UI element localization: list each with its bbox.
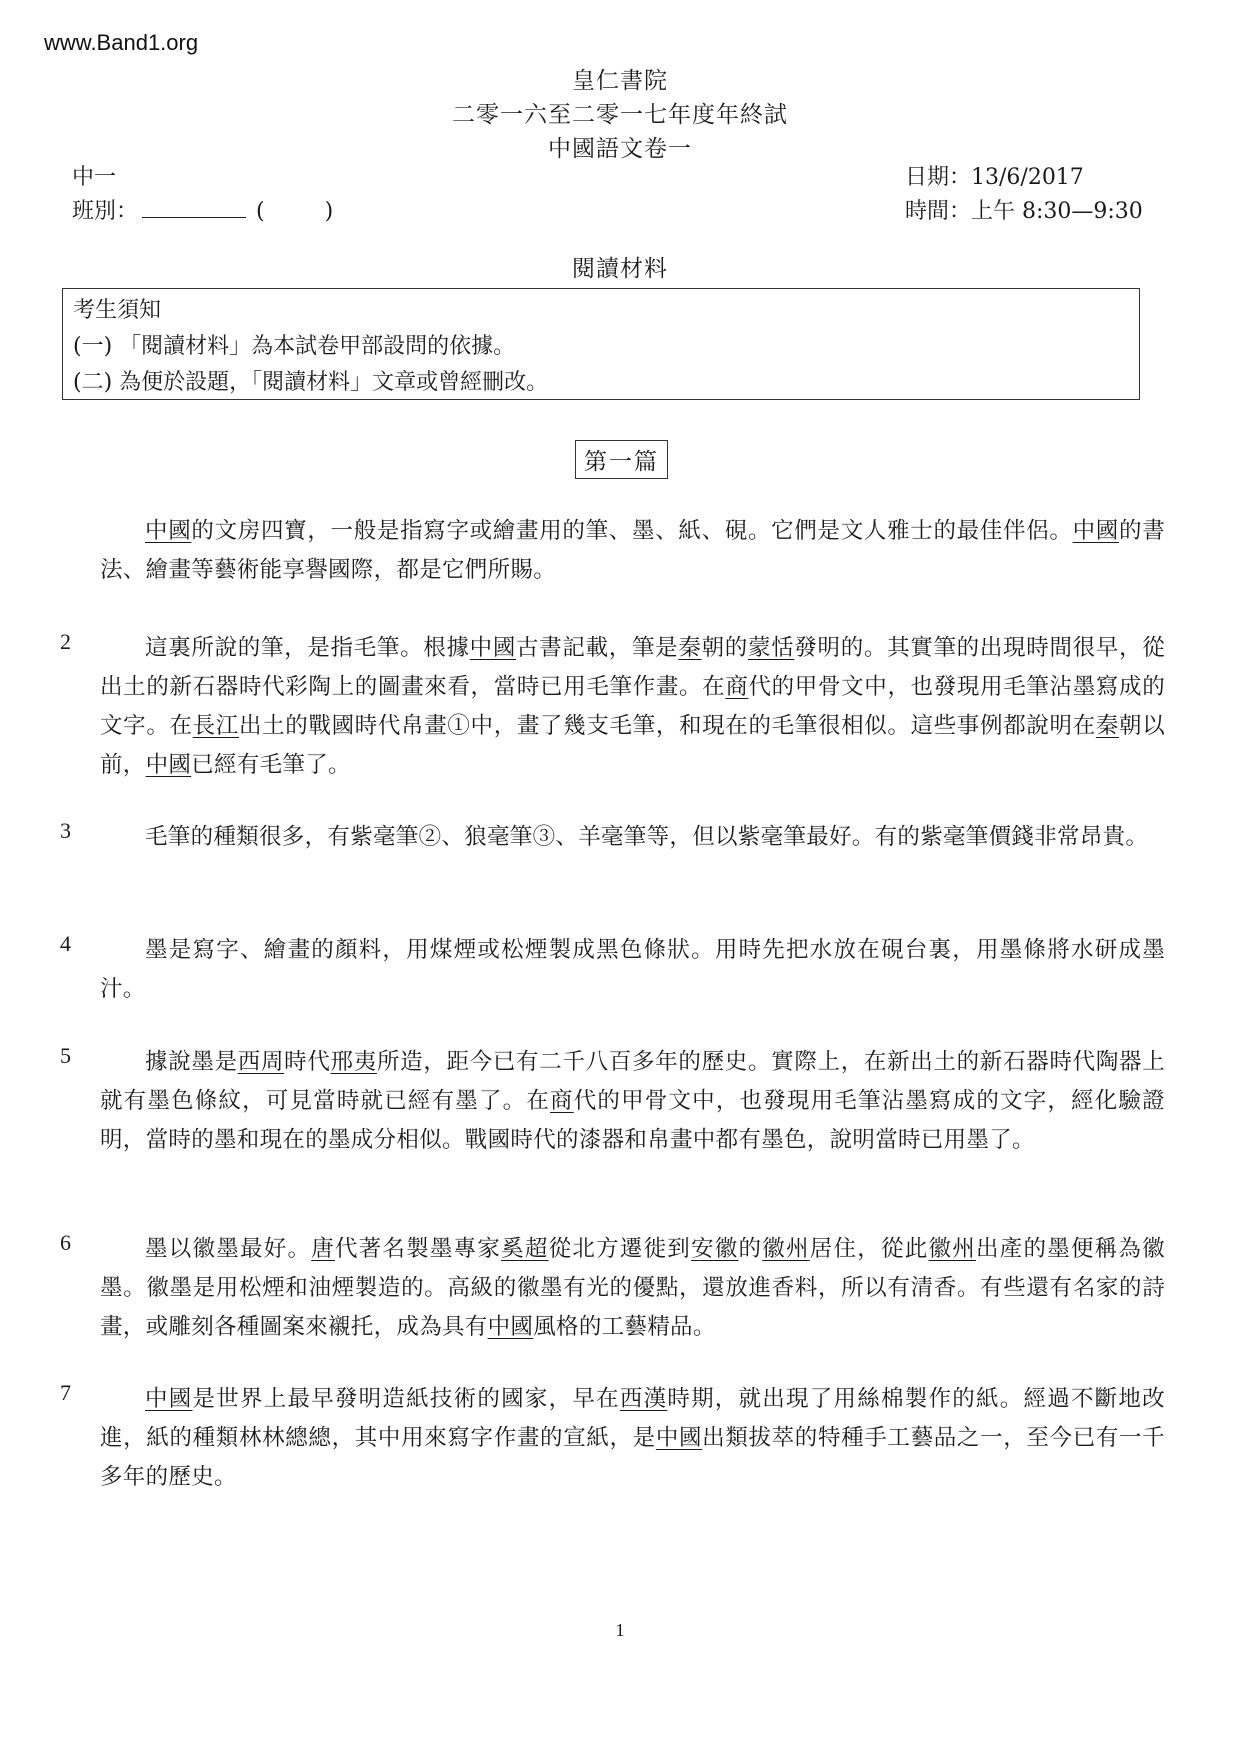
page-number: 1	[0, 1620, 1240, 1641]
paragraph-number: 3	[60, 818, 71, 844]
paragraph-text: 墨以徽墨最好。唐代著名製墨專家奚超從北方遷徙到安徽的徽州居住，從此徽州出產的墨便…	[100, 1230, 1165, 1347]
proper-noun: 安徽	[691, 1236, 738, 1262]
paragraph-text: 毛筆的種類很多，有紫毫筆②、狼毫筆③、羊毫筆等，但以紫毫筆最好。有的紫毫筆價錢非…	[100, 818, 1165, 857]
section-title: 閱讀材料	[0, 250, 1240, 283]
text-segment: 風格的工藝精品。	[533, 1314, 715, 1340]
text-segment: 時代	[284, 1049, 330, 1075]
proper-noun: 蒙恬	[748, 635, 794, 661]
proper-noun: 西漢	[620, 1386, 667, 1412]
proper-noun: 商	[725, 674, 748, 700]
text-segment: 的	[739, 1236, 763, 1262]
proper-noun: 奚超	[501, 1236, 548, 1262]
proper-noun: 秦	[678, 635, 701, 661]
paragraph-number: 7	[60, 1380, 71, 1406]
class-field: 班別：()	[72, 194, 333, 225]
paragraph-number: 2	[60, 629, 71, 655]
text-segment: 居住，從此	[810, 1236, 929, 1262]
class-blank	[142, 199, 246, 218]
paragraph-number: 5	[60, 1043, 71, 1069]
notice-item-1: (一) 「閱讀材料」為本試卷甲部設問的依據。	[73, 329, 1129, 365]
proper-noun: 秦	[1096, 713, 1119, 739]
text-segment: 這裏所說的筆，是指毛筆。根據	[145, 635, 470, 661]
paragraph-number: 4	[60, 931, 71, 957]
text-segment: 墨以徽墨最好。	[145, 1236, 311, 1262]
proper-noun: 徽州	[762, 1236, 809, 1262]
class-number-paren: ()	[256, 199, 333, 224]
proper-noun: 中國	[146, 752, 192, 778]
proper-noun: 邢夷	[331, 1049, 377, 1075]
paragraph-text: 中國是世界上最早發明造紙技術的國家，早在西漢時期，就出現了用絲棉製作的紙。經過不…	[100, 1380, 1165, 1497]
paragraph-text: 這裏所說的筆，是指毛筆。根據中國古書記載，筆是秦朝的蒙恬發明的。其實筆的出現時間…	[100, 629, 1165, 785]
exam-date: 日期：13/6/2017	[905, 160, 1084, 191]
text-segment: 古書記載，筆是	[516, 635, 678, 661]
exam-time: 時間：上午 8:30—9:30	[905, 194, 1143, 225]
text-segment: 據說墨是	[145, 1049, 238, 1075]
text-segment: 從北方遷徙到	[549, 1236, 691, 1262]
proper-noun: 中國	[470, 635, 516, 661]
proper-noun: 西周	[238, 1049, 284, 1075]
proper-noun: 徽州	[928, 1236, 975, 1262]
watermark-text: www.Band1.org	[44, 30, 198, 56]
proper-noun: 中國	[145, 1386, 192, 1412]
notice-title: 考生須知	[73, 293, 1129, 329]
text-segment: 毛筆的種類很多，有紫毫筆②、狼毫筆③、羊毫筆等，但以紫毫筆最好。有的紫毫筆價錢非…	[145, 824, 1148, 850]
text-segment: 出土的戰國時代帛畫①中，畫了幾支毛筆，和現在的毛筆很相似。這些事例都說明在	[239, 713, 1096, 739]
class-label: 班別：	[72, 199, 138, 224]
school-name: 皇仁書院	[0, 62, 1240, 95]
proper-noun: 長江	[193, 713, 239, 739]
text-segment: 已經有毛筆了。	[191, 752, 351, 778]
text-segment: 墨是寫字、繪畫的顏料，用煤煙或松煙製成黑色條狀。用時先把水放在硯台裏，用墨條將水…	[100, 937, 1165, 1002]
exam-title: 二零一六至二零一七年度年終試	[0, 96, 1240, 129]
proper-noun: 中國	[1073, 518, 1119, 544]
paragraph-number: 6	[60, 1230, 71, 1256]
candidate-notice-box: 考生須知 (一) 「閱讀材料」為本試卷甲部設問的依據。 (二) 為便於設題，「閱…	[62, 288, 1140, 400]
text-segment: 朝的	[702, 635, 748, 661]
form-level: 中一	[72, 160, 116, 191]
proper-noun: 中國	[488, 1314, 534, 1340]
proper-noun: 中國	[656, 1425, 702, 1451]
paragraph-text: 據說墨是西周時代邢夷所造，距今已有二千八百多年的歷史。實際上，在新出土的新石器時…	[100, 1043, 1165, 1160]
proper-noun: 商	[550, 1088, 574, 1114]
paper-title: 中國語文卷一	[0, 130, 1240, 163]
proper-noun: 唐	[311, 1236, 335, 1262]
text-segment: 的文房四寶，一般是指寫字或繪畫用的筆、墨、紙、硯。它們是文人雅士的最佳伴侶。	[191, 518, 1072, 544]
notice-item-2: (二) 為便於設題，「閱讀材料」文章或曾經刪改。	[73, 365, 1129, 401]
paragraph-text: 中國的文房四寶，一般是指寫字或繪畫用的筆、墨、紙、硯。它們是文人雅士的最佳伴侶。…	[100, 512, 1165, 590]
text-segment: 代著名製墨專家	[335, 1236, 501, 1262]
proper-noun: 中國	[145, 518, 191, 544]
text-segment: 是世界上最早發明造紙技術的國家，早在	[192, 1386, 619, 1412]
article-title: 第一篇	[575, 440, 668, 479]
paragraph-text: 墨是寫字、繪畫的顏料，用煤煙或松煙製成黑色條狀。用時先把水放在硯台裏，用墨條將水…	[100, 931, 1165, 1009]
